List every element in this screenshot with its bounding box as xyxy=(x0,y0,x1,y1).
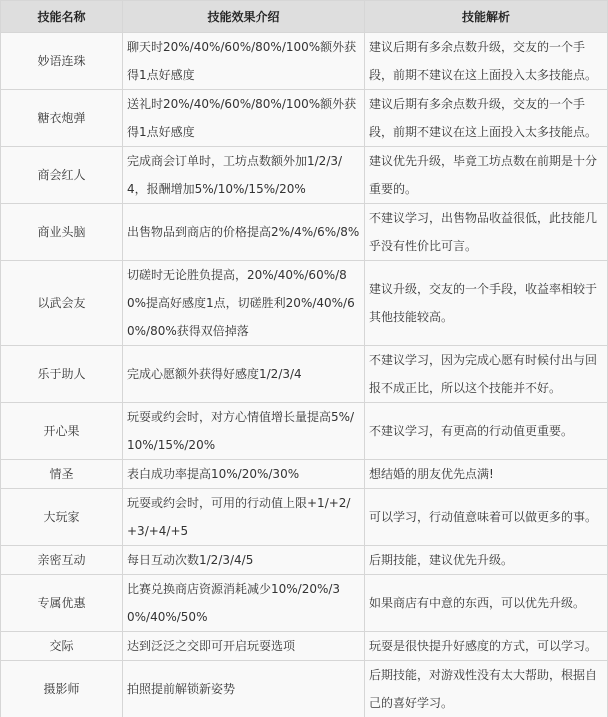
table-header-row: 技能名称 技能效果介绍 技能解析 xyxy=(1,1,608,33)
table-row: 交际 达到泛泛之交即可开启玩耍选项 玩耍是很快提升好感度的方式，可以学习。 xyxy=(1,632,608,661)
skill-name: 交际 xyxy=(1,632,123,661)
skills-table: 技能名称 技能效果介绍 技能解析 妙语连珠 聊天时20%/40%/60%/80%… xyxy=(0,0,608,717)
skill-name: 糖衣炮弹 xyxy=(1,90,123,147)
header-skill-name: 技能名称 xyxy=(1,1,123,33)
skill-name: 以武会友 xyxy=(1,261,123,346)
skill-effect: 送礼时20%/40%/60%/80%/100%额外获得1点好感度 xyxy=(123,90,365,147)
skill-analysis: 建议后期有多余点数升级，交友的一个手段，前期不建议在这上面投入太多技能点。 xyxy=(365,90,608,147)
skill-analysis: 不建议学习，有更高的行动值更重要。 xyxy=(365,403,608,460)
skill-effect: 完成心愿额外获得好感度1/2/3/4 xyxy=(123,346,365,403)
skill-analysis: 不建议学习，因为完成心愿有时候付出与回报不成正比，所以这个技能并不好。 xyxy=(365,346,608,403)
skill-name: 亲密互动 xyxy=(1,546,123,575)
skill-name: 开心果 xyxy=(1,403,123,460)
skill-effect: 聊天时20%/40%/60%/80%/100%额外获得1点好感度 xyxy=(123,33,365,90)
skill-name: 商会红人 xyxy=(1,147,123,204)
skill-name: 摄影师 xyxy=(1,661,123,717)
skill-effect: 表白成功率提高10%/20%/30% xyxy=(123,460,365,489)
skill-analysis: 后期技能，建议优先升级。 xyxy=(365,546,608,575)
skill-effect: 切磋时无论胜负提高，20%/40%/60%/80%提高好感度1点，切磋胜利20%… xyxy=(123,261,365,346)
skill-effect: 玩耍或约会时，可用的行动值上限+1/+2/+3/+4/+5 xyxy=(123,489,365,546)
skill-name: 大玩家 xyxy=(1,489,123,546)
table-row: 商业头脑 出售物品到商店的价格提高2%/4%/6%/8% 不建议学习，出售物品收… xyxy=(1,204,608,261)
skill-name: 妙语连珠 xyxy=(1,33,123,90)
skill-analysis: 想结婚的朋友优先点满! xyxy=(365,460,608,489)
skill-effect: 拍照提前解锁新姿势 xyxy=(123,661,365,717)
skill-effect: 达到泛泛之交即可开启玩耍选项 xyxy=(123,632,365,661)
skill-effect: 比赛兑换商店资源消耗减少10%/20%/30%/40%/50% xyxy=(123,575,365,632)
skill-analysis: 可以学习，行动值意味着可以做更多的事。 xyxy=(365,489,608,546)
skill-analysis: 后期技能，对游戏性没有太大帮助，根据自己的喜好学习。 xyxy=(365,661,608,717)
table-row: 以武会友 切磋时无论胜负提高，20%/40%/60%/80%提高好感度1点，切磋… xyxy=(1,261,608,346)
skill-analysis: 玩耍是很快提升好感度的方式，可以学习。 xyxy=(365,632,608,661)
table-row: 糖衣炮弹 送礼时20%/40%/60%/80%/100%额外获得1点好感度 建议… xyxy=(1,90,608,147)
table-row: 专属优惠 比赛兑换商店资源消耗减少10%/20%/30%/40%/50% 如果商… xyxy=(1,575,608,632)
table-row: 亲密互动 每日互动次数1/2/3/4/5 后期技能，建议优先升级。 xyxy=(1,546,608,575)
skill-analysis: 建议升级，交友的一个手段，收益率相较于其他技能较高。 xyxy=(365,261,608,346)
table-row: 乐于助人 完成心愿额外获得好感度1/2/3/4 不建议学习，因为完成心愿有时候付… xyxy=(1,346,608,403)
header-skill-analysis: 技能解析 xyxy=(365,1,608,33)
skill-analysis: 建议后期有多余点数升级，交友的一个手段，前期不建议在这上面投入太多技能点。 xyxy=(365,33,608,90)
skill-name: 情圣 xyxy=(1,460,123,489)
skill-effect: 完成商会订单时，工坊点数额外加1/2/3/4，报酬增加5%/10%/15%/20… xyxy=(123,147,365,204)
table-row: 妙语连珠 聊天时20%/40%/60%/80%/100%额外获得1点好感度 建议… xyxy=(1,33,608,90)
table-row: 商会红人 完成商会订单时，工坊点数额外加1/2/3/4，报酬增加5%/10%/1… xyxy=(1,147,608,204)
skill-name: 乐于助人 xyxy=(1,346,123,403)
skill-analysis: 不建议学习，出售物品收益很低，此技能几乎没有性价比可言。 xyxy=(365,204,608,261)
skill-effect: 每日互动次数1/2/3/4/5 xyxy=(123,546,365,575)
table-row: 情圣 表白成功率提高10%/20%/30% 想结婚的朋友优先点满! xyxy=(1,460,608,489)
skill-name: 商业头脑 xyxy=(1,204,123,261)
skill-analysis: 如果商店有中意的东西，可以优先升级。 xyxy=(365,575,608,632)
skill-analysis: 建议优先升级，毕竟工坊点数在前期是十分重要的。 xyxy=(365,147,608,204)
header-skill-effect: 技能效果介绍 xyxy=(123,1,365,33)
table-row: 开心果 玩耍或约会时，对方心情值增长量提高5%/10%/15%/20% 不建议学… xyxy=(1,403,608,460)
skill-effect: 玩耍或约会时，对方心情值增长量提高5%/10%/15%/20% xyxy=(123,403,365,460)
table-row: 摄影师 拍照提前解锁新姿势 后期技能，对游戏性没有太大帮助，根据自己的喜好学习。 xyxy=(1,661,608,717)
table-row: 大玩家 玩耍或约会时，可用的行动值上限+1/+2/+3/+4/+5 可以学习，行… xyxy=(1,489,608,546)
skill-effect: 出售物品到商店的价格提高2%/4%/6%/8% xyxy=(123,204,365,261)
skill-name: 专属优惠 xyxy=(1,575,123,632)
